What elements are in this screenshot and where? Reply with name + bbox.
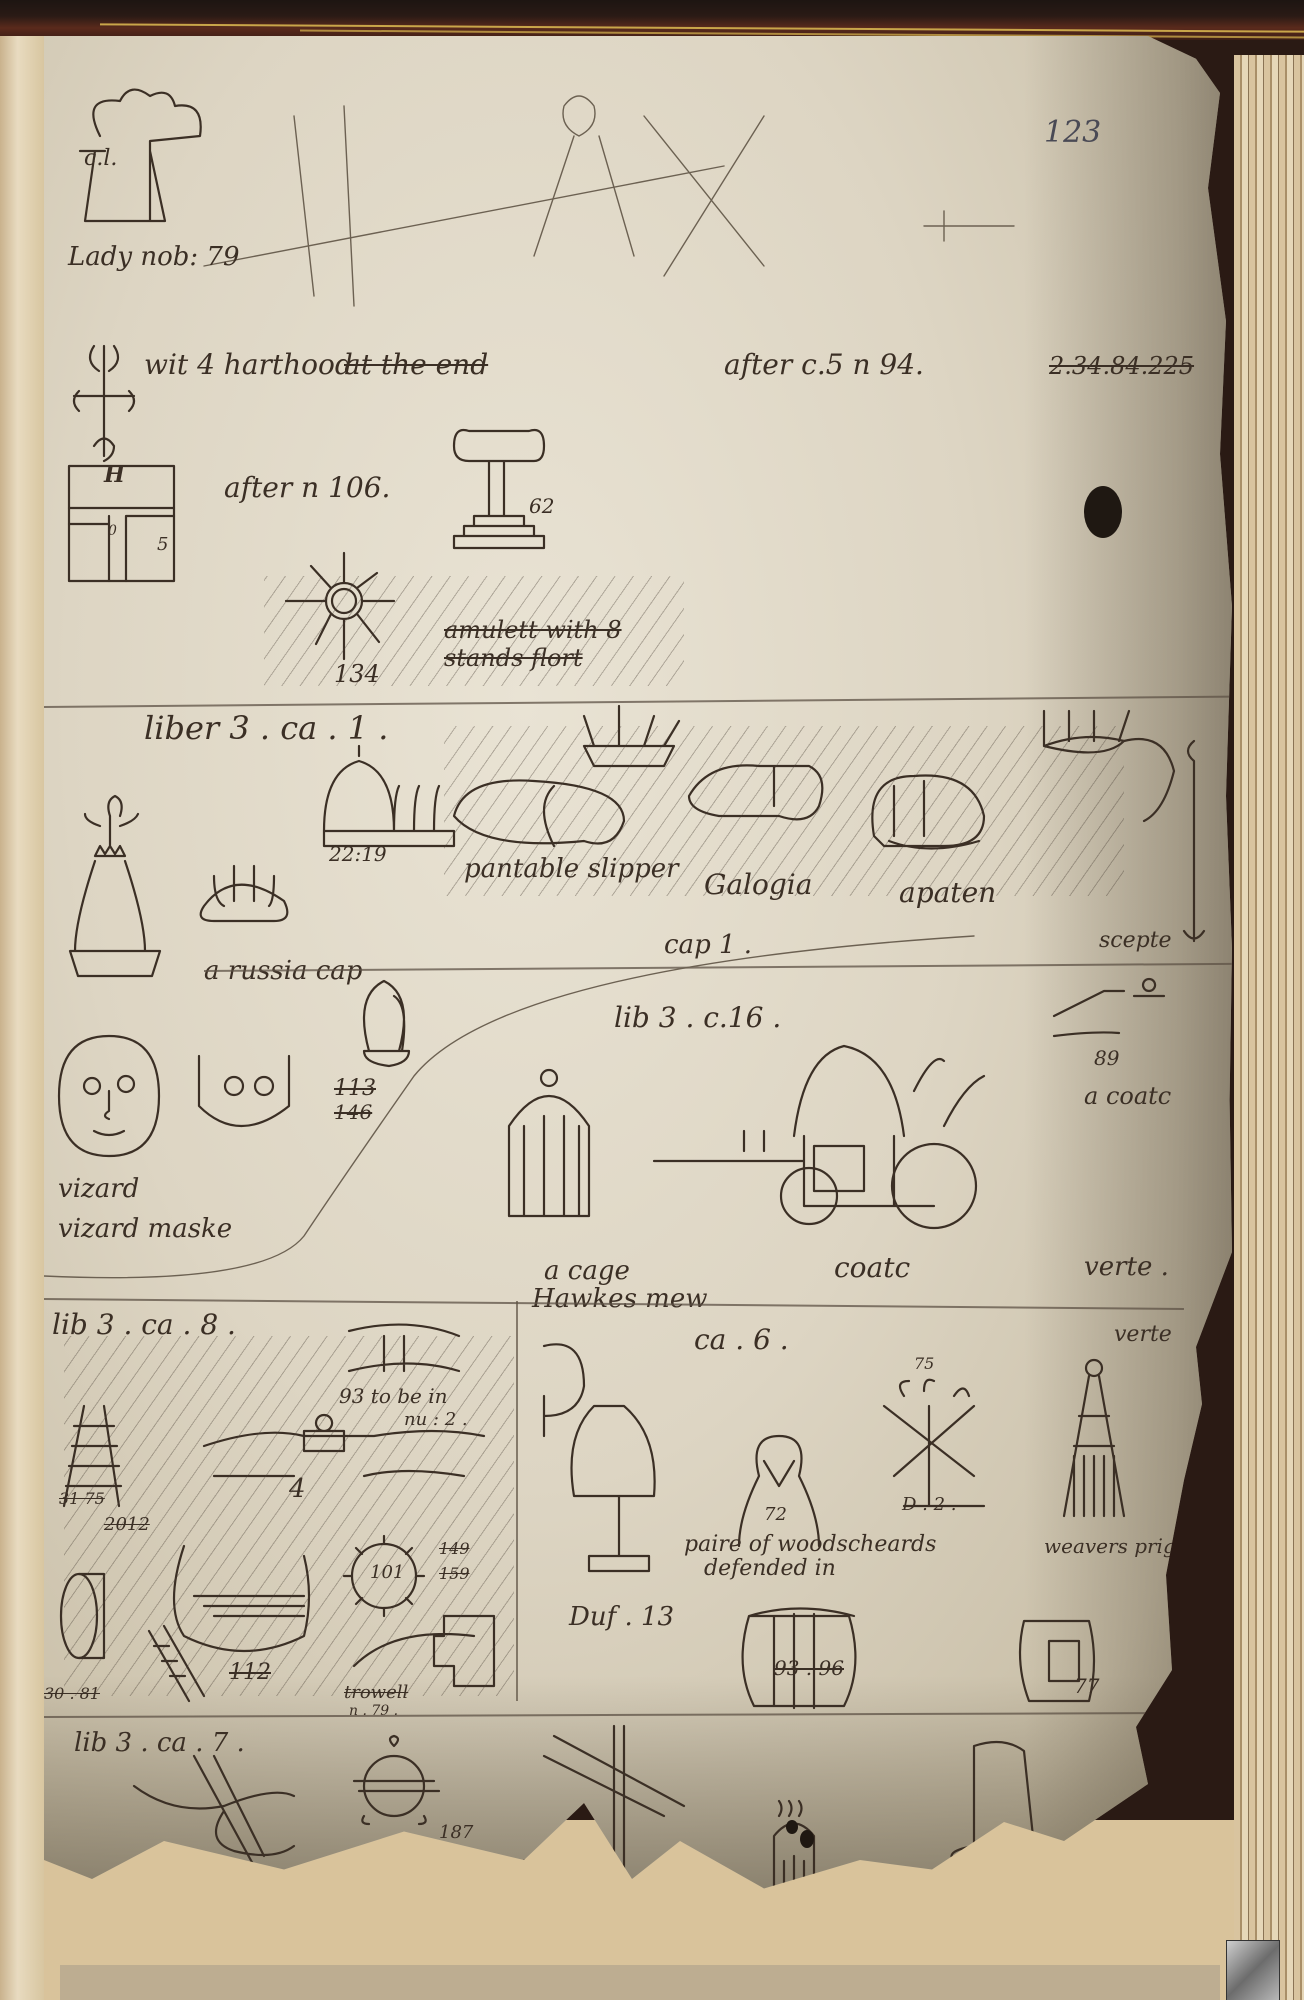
book-binding-top	[0, 0, 1304, 40]
cross-text: wit 4 harthood	[144, 351, 353, 379]
table-lamp	[564, 1396, 674, 1586]
balance-beam	[194, 1416, 494, 1496]
column-divider	[516, 1301, 518, 1701]
verte-label-1: verte .	[1084, 1254, 1169, 1280]
shield-caption: after n 106.	[224, 474, 390, 502]
ink-dot	[800, 1830, 814, 1848]
crown-number: 22:19	[329, 844, 387, 864]
stirrup-bar	[344, 1326, 464, 1386]
page-refs: 2.34.84.225	[1049, 354, 1194, 378]
section-heading-lib3-c16: lib 3 . c.16 .	[614, 1004, 781, 1032]
coatc-label: coatc	[834, 1254, 910, 1282]
verte-label-2: verte	[1114, 1324, 1172, 1346]
sun-caption-2: stands flort	[444, 646, 583, 670]
sun-caption-1: amulett with 8	[444, 618, 622, 642]
apaten-label: apaten	[899, 879, 996, 907]
wheel-number-top: 149	[439, 1541, 470, 1557]
ca8-note-5: 31 75	[59, 1491, 105, 1507]
section-heading-lib3-ca8: lib 3 . ca . 8 .	[52, 1311, 236, 1339]
sun-number: 134	[334, 662, 380, 686]
a-coatc-label: a coatc	[1084, 1084, 1171, 1108]
cap-note: cap 1 .	[664, 932, 752, 958]
lady-label: c.l.	[84, 148, 117, 170]
metal-clasp	[1226, 1940, 1280, 2000]
trowel-label: trowell	[344, 1684, 408, 1702]
after-reference: after c.5 n 94.	[724, 351, 924, 379]
pantable-label: pantable slipper	[464, 856, 679, 882]
ca8-note-6: 2012	[104, 1516, 150, 1534]
coach-whip	[1044, 986, 1204, 1066]
crown-cap-sketch	[564, 696, 694, 776]
ca8-note-4: 4	[289, 1476, 306, 1502]
scepter	[1174, 736, 1214, 956]
cross-symbol	[64, 336, 154, 466]
shield-mark-h: H	[104, 464, 125, 486]
shears-label: paire of woodscheards	[684, 1534, 936, 1556]
struck-text: at the end	[344, 351, 488, 379]
weavers-brush	[1054, 1356, 1134, 1526]
manuscript-page: 123 c.l. Lady nob: 79 wit 4 harthood at …	[44, 36, 1244, 1936]
apaten-shoe	[864, 756, 994, 866]
buckle-number: 187	[439, 1824, 473, 1842]
page-edges	[1234, 55, 1304, 2000]
anvil-sketch	[444, 426, 564, 556]
section-heading-ca6: ca . 6 .	[694, 1326, 789, 1354]
scepter-label: scepte	[1099, 930, 1172, 952]
lady-caption: Lady nob: 79	[68, 244, 240, 270]
galogia-shoe	[684, 756, 834, 856]
cage-label: a cage	[544, 1258, 630, 1284]
book-gutter	[0, 36, 44, 2000]
crowned-cap-plume	[1024, 701, 1184, 831]
coatc-number: 89	[1094, 1048, 1119, 1068]
wheel-number: 101	[370, 1564, 404, 1582]
d2-label: D . 2 .	[902, 1496, 957, 1514]
shield-mark-0: 0	[108, 524, 117, 538]
russia-cap	[184, 836, 304, 936]
anvil-number: 62	[529, 496, 554, 516]
drum-roller	[54, 1566, 124, 1666]
coach-carriage	[644, 1036, 994, 1236]
underlying-page	[60, 1965, 1220, 2000]
section-heading-lib3-ca7: lib 3 . ca . 7 .	[74, 1730, 245, 1756]
gilt-line	[100, 23, 1304, 32]
ca8-note-112: 112	[229, 1662, 271, 1684]
buckle-flory	[344, 1736, 444, 1846]
ca8-note-1: 93 to be in	[339, 1386, 448, 1406]
ink-dot	[786, 1820, 798, 1834]
hawkes-mew-label: Hawkes mew	[532, 1286, 707, 1312]
small-ladder	[144, 1626, 204, 1706]
small-barrel-number: 77	[1074, 1676, 1099, 1696]
barrel-number: 93 . 96	[774, 1658, 844, 1678]
duf-label: Duf . 13	[569, 1604, 674, 1630]
galogia-label: Galogia	[704, 871, 812, 899]
shears-number: 72	[764, 1506, 787, 1524]
defended-label: defended in	[704, 1558, 836, 1580]
wool-shears	[724, 1416, 844, 1546]
wheel-number-bottom: 159	[439, 1566, 470, 1582]
ink-blot	[1084, 486, 1122, 538]
ca8-note-3081: 30 . 81	[44, 1686, 100, 1702]
shield-mark-5: 5	[157, 536, 168, 554]
fleur-number: 75	[914, 1356, 934, 1372]
bird-cage	[494, 1066, 614, 1226]
sun-amulet	[284, 546, 404, 666]
